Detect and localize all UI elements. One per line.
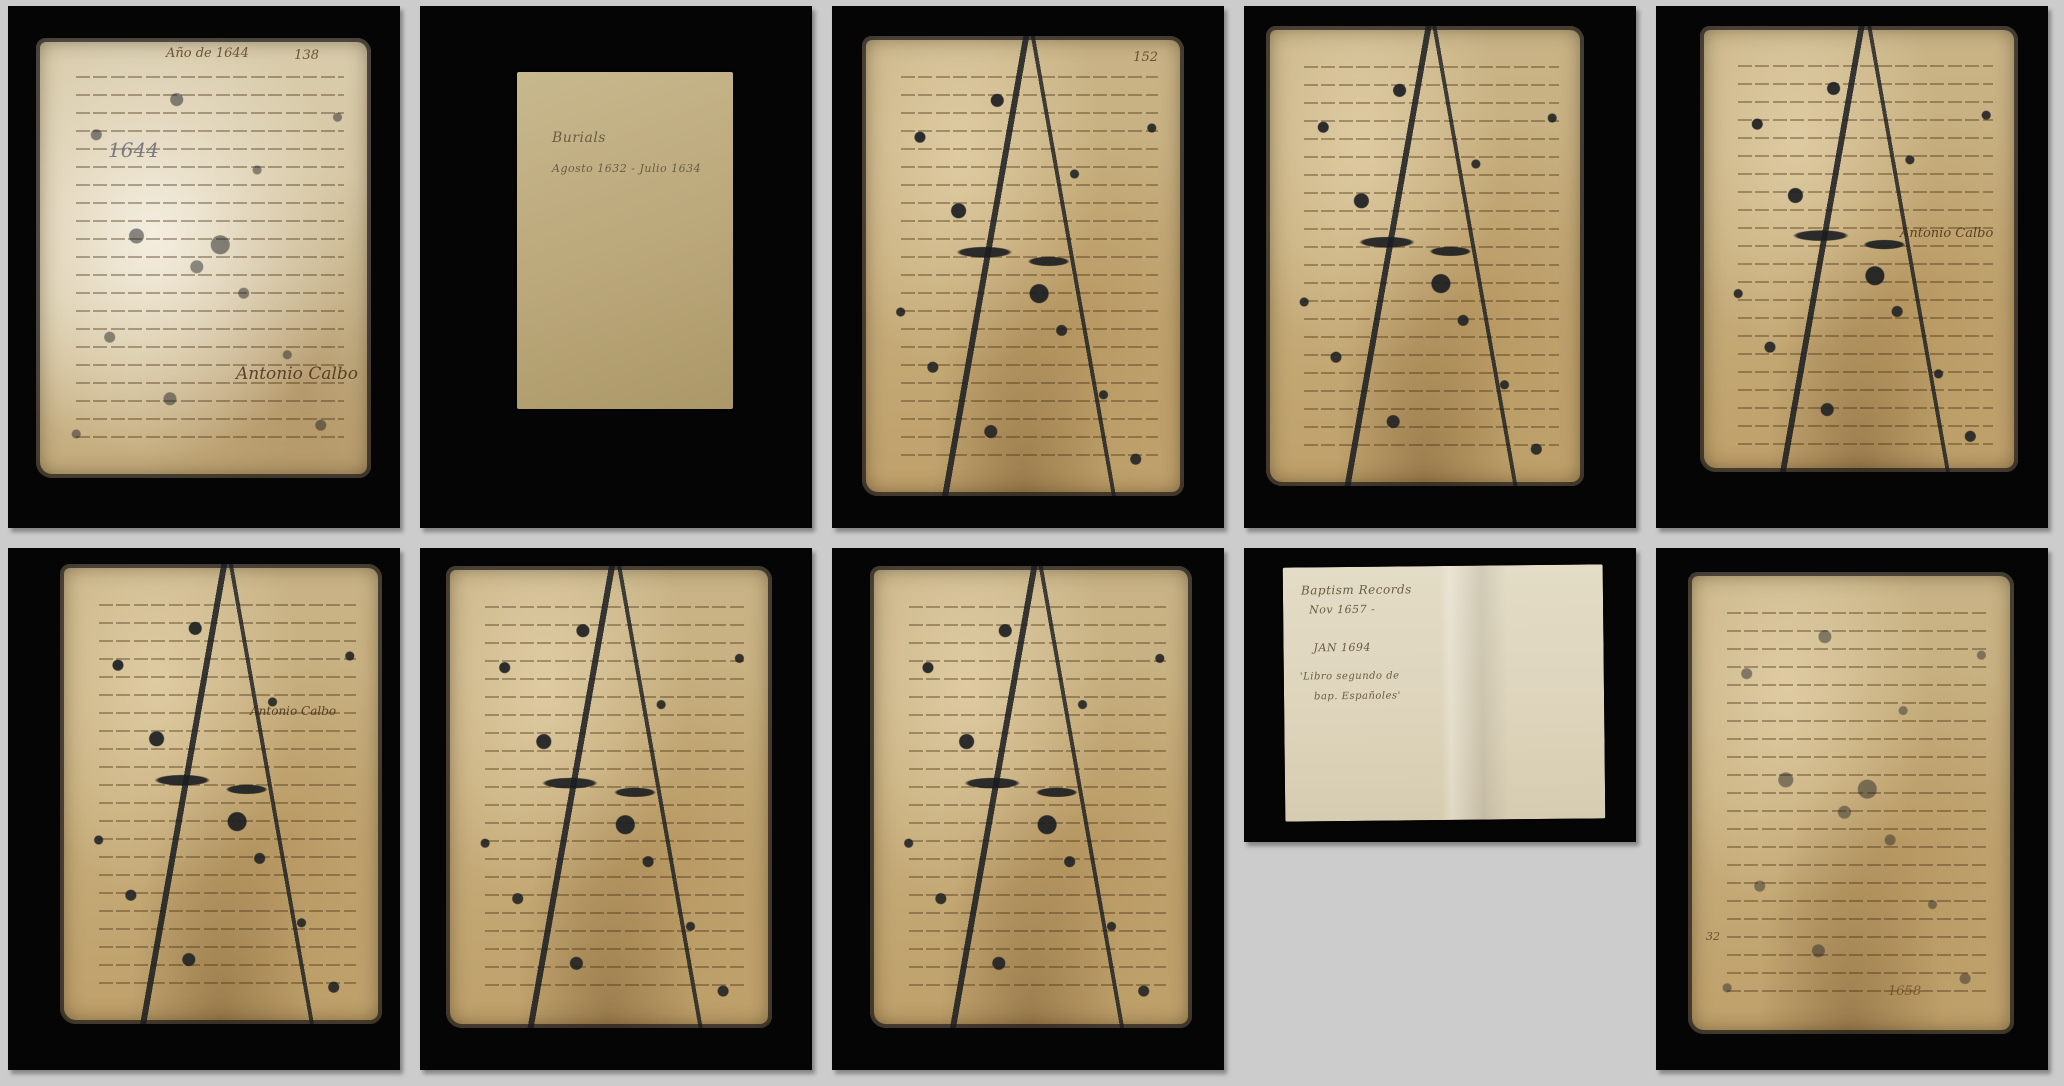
note-date-range: Agosto 1632 - Julio 1634 bbox=[552, 162, 701, 175]
manuscript-page: Antonio Calbo bbox=[1700, 26, 2018, 472]
folio-number: 152 bbox=[1133, 50, 1158, 65]
ink-damage bbox=[870, 566, 1192, 1028]
manuscript-page bbox=[870, 566, 1192, 1028]
burials-note-card: Burials Agosto 1632 - Julio 1634 bbox=[517, 72, 733, 409]
note-book-title: 'Libro segundo de bbox=[1300, 670, 1400, 682]
folio-number: 138 bbox=[294, 48, 319, 63]
manuscript-page bbox=[446, 566, 772, 1028]
ink-damage bbox=[60, 564, 382, 1024]
signature: Antonio Calbo bbox=[250, 704, 336, 718]
gallery-thumbnail-3[interactable]: 152 bbox=[832, 6, 1224, 528]
manuscript-page bbox=[1266, 26, 1584, 486]
manuscript-page: Antonio Calbo bbox=[60, 564, 382, 1024]
signature: Antonio Calbo bbox=[236, 364, 358, 384]
note-title: Baptism Records bbox=[1301, 582, 1412, 597]
ink-damage bbox=[1266, 26, 1584, 486]
gallery-thumbnail-6[interactable]: Antonio Calbo bbox=[8, 548, 400, 1070]
year-heading: Año de 1644 bbox=[166, 46, 249, 61]
note-book-title-cont: bap. Españoles' bbox=[1314, 690, 1401, 702]
margin-year: 1644 bbox=[108, 138, 159, 162]
manuscript-page: 32 1658 bbox=[1688, 572, 2014, 1034]
gallery-thumbnail-7[interactable] bbox=[420, 548, 812, 1070]
gallery-thumbnail-9[interactable]: Baptism Records Nov 1657 - JAN 1694 'Lib… bbox=[1244, 548, 1636, 842]
baptism-note-card: Baptism Records Nov 1657 - JAN 1694 'Lib… bbox=[1283, 564, 1606, 821]
ink-damage bbox=[1700, 26, 2018, 472]
margin-number: 32 bbox=[1706, 930, 1720, 943]
ink-damage bbox=[1688, 572, 2014, 1034]
ink-damage bbox=[446, 566, 772, 1028]
ink-damage bbox=[862, 36, 1184, 496]
gallery-thumbnail-1[interactable]: 138 Año de 1644 1644 Antonio Calbo bbox=[8, 6, 400, 528]
manuscript-page: 152 bbox=[862, 36, 1184, 496]
gallery-thumbnail-2[interactable]: Burials Agosto 1632 - Julio 1634 bbox=[420, 6, 812, 528]
gallery-thumbnail-8[interactable] bbox=[832, 548, 1224, 1070]
gallery-thumbnail-10[interactable]: 32 1658 bbox=[1656, 548, 2048, 1070]
manuscript-page: 138 Año de 1644 1644 Antonio Calbo bbox=[36, 38, 371, 478]
ink-damage bbox=[36, 38, 371, 478]
gallery-thumbnail-5[interactable]: Antonio Calbo bbox=[1656, 6, 2048, 528]
note-start-date: Nov 1657 - bbox=[1309, 603, 1375, 617]
note-end-date: JAN 1694 bbox=[1313, 641, 1371, 655]
folio-year: 1658 bbox=[1888, 984, 1921, 999]
note-title: Burials bbox=[552, 130, 606, 146]
gallery-thumbnail-4[interactable] bbox=[1244, 6, 1636, 528]
signature: Antonio Calbo bbox=[1900, 226, 1993, 241]
